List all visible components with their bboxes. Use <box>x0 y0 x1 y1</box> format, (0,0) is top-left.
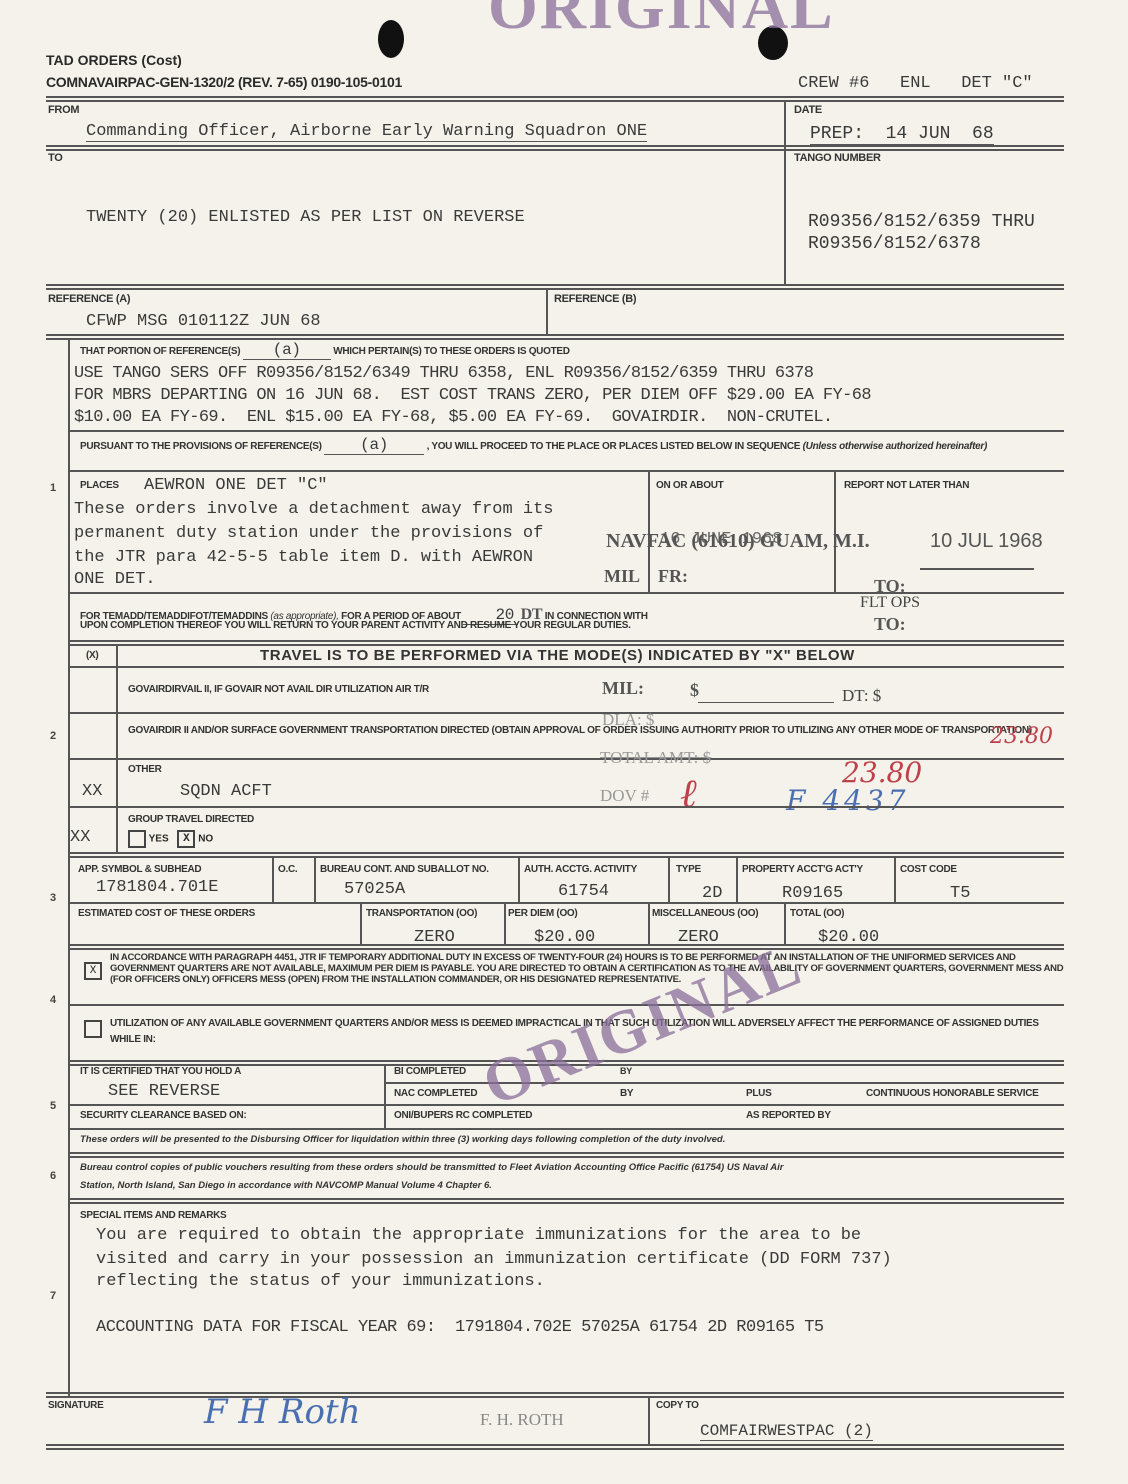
cost-header: TOTAL (oo) <box>790 908 844 919</box>
based-on-label: SECURITY CLEARANCE BASED ON: <box>80 1110 246 1121</box>
divider <box>46 1392 1064 1398</box>
places-line: the JTR para 42-5-5 table item D. with A… <box>74 548 533 567</box>
quarters-item1-checkbox[interactable]: X <box>84 962 102 980</box>
places-line: ONE DET. <box>74 570 156 589</box>
section-number: 1 <box>50 482 56 494</box>
section-number: 5 <box>50 1100 56 1112</box>
plus-label: PLUS <box>746 1088 771 1099</box>
dov-handwritten: F 4437 <box>786 784 910 817</box>
bi-label: BI COMPLETED <box>394 1066 466 1077</box>
by-label: BY <box>620 1088 633 1099</box>
divider <box>68 1004 1064 1006</box>
report-label: REPORT NOT LATER THAN <box>844 480 969 491</box>
original-stamp-top: ORIGINAL <box>488 0 835 44</box>
crew-note: CREW #6 ENL DET "C" <box>798 74 1033 93</box>
divider <box>68 666 1064 668</box>
est-cost-label: ESTIMATED COST OF THESE ORDERS <box>78 908 255 919</box>
quoted-line: USE TANGO SERS OFF R09356/8152/6349 THRU… <box>74 364 813 383</box>
acct-header: COST CODE <box>900 864 957 875</box>
acct-header: PROPERTY ACCT'G ACT'Y <box>742 864 863 875</box>
copy-to-value: COMFAIRWESTPAC (2) <box>700 1422 873 1441</box>
divider <box>68 712 1064 714</box>
section-number: 3 <box>50 892 56 904</box>
divider <box>384 1064 386 1128</box>
remarks-line: reflecting the status of your immunizati… <box>96 1272 545 1291</box>
divider <box>46 1444 1064 1450</box>
cost-header: PER DIEM (oo) <box>508 908 577 919</box>
stamp-fr: FR: <box>658 566 688 587</box>
date-label: DATE <box>794 104 822 116</box>
stamp-mil: MIL <box>604 566 640 587</box>
from-value: Commanding Officer, Airborne Early Warni… <box>86 122 647 142</box>
group-travel-yes-label: YES <box>149 834 169 845</box>
pursuant-note: (Unless otherwise authorized hereinafter… <box>803 441 987 452</box>
places-line: These orders involve a detachment away f… <box>74 500 553 519</box>
travel-other-label: OTHER <box>128 764 162 775</box>
divider <box>68 944 1064 950</box>
acct-header: APP. SYMBOL & SUBHEAD <box>78 864 201 875</box>
group-travel-label: GROUP TRAVEL DIRECTED <box>128 814 254 825</box>
divider <box>68 640 1064 646</box>
divider <box>518 858 520 902</box>
divider <box>70 902 1064 904</box>
acct-value: 57025A <box>344 880 405 899</box>
acct-header: O.C. <box>278 864 297 875</box>
group-travel-no-checkbox[interactable]: X <box>177 830 195 848</box>
stamp-dov: DOV # <box>600 786 649 806</box>
divider <box>648 1396 650 1444</box>
divider <box>68 1128 1064 1130</box>
acct-value: T5 <box>950 884 970 903</box>
acct-value: R09165 <box>782 884 843 903</box>
quoted-label-post: WHICH PERTAIN(S) TO THESE ORDERS IS QUOT… <box>333 346 570 357</box>
as-reported-label: AS REPORTED BY <box>746 1110 831 1121</box>
pursuant-label: PURSUANT TO THE PROVISIONS OF REFERENCE(… <box>80 436 1050 454</box>
divider <box>68 1152 1064 1158</box>
period-line2: UPON COMPLETION THEREOF YOU WILL RETURN … <box>80 620 631 631</box>
cost-header: TRANSPORTATION (oo) <box>366 908 477 919</box>
copy-to-label: COPY TO <box>656 1400 699 1411</box>
divider <box>68 806 1064 808</box>
date-value: PREP: 14 JUN 68 <box>810 124 994 145</box>
acct-header: TYPE <box>676 864 701 875</box>
reference-a-value: CFWP MSG 010112Z JUN 68 <box>86 312 321 331</box>
certified-value: SEE REVERSE <box>108 1082 220 1101</box>
remarks-line: You are required to obtain the appropria… <box>96 1226 861 1245</box>
pursuant-label-pre: PURSUANT TO THE PROVISIONS OF REFERENCE(… <box>80 441 322 452</box>
from-label: FROM <box>48 104 79 116</box>
stamp-line <box>920 568 1034 570</box>
quoted-label: THAT PORTION OF REFERENCE(S) (a) WHICH P… <box>80 341 570 359</box>
divider <box>784 100 786 284</box>
places-label: PLACES <box>80 480 119 491</box>
stamp-to: TO: <box>874 614 906 635</box>
section-number: 4 <box>50 994 56 1006</box>
stamp-mil-amount: MIL: <box>602 678 644 699</box>
location-stamp: NAVFAC (61610) GUAM, M.I. <box>606 530 870 553</box>
travel-row-text: GOVAIRDIRVAIL II, IF GOVAIR NOT AVAIL DI… <box>128 684 429 695</box>
divider <box>648 902 650 944</box>
reference-b-label: REFERENCE (b) <box>554 293 636 305</box>
form-number: COMNAVAIRPAC-GEN-1320/2 (REV. 7-65) 0190… <box>46 74 402 90</box>
travel-x-header: (X) <box>86 650 98 661</box>
accounting-table: APP. SYMBOL & SUBHEAD O.C. BUREAU CONT. … <box>70 858 1064 944</box>
section-number: 6 <box>50 1170 56 1182</box>
tango-line1: R09356/8152/6359 THRU <box>808 212 1035 232</box>
on-or-about-label: ON OR ABOUT <box>656 480 723 491</box>
cost-header: MISCELLANEOUS (oo) <box>652 908 758 919</box>
signature-handwritten: F H Roth <box>204 1392 361 1432</box>
remarks-line: visited and carry in your possession an … <box>96 1250 892 1269</box>
stamp-line <box>698 702 834 703</box>
quoted-line: FOR MBRS DEPARTING ON 16 JUN 68. EST COS… <box>74 386 871 405</box>
per-diem-handwritten: 23.80 <box>990 724 1053 749</box>
divider <box>546 290 548 334</box>
stamp-dla: DLA: $ <box>602 710 654 730</box>
tango-label: TANGO NUMBER <box>794 152 881 164</box>
group-travel-yes-checkbox[interactable] <box>128 830 146 848</box>
acct-value: 2D <box>702 884 722 903</box>
divider <box>46 96 1064 102</box>
section-number: 2 <box>50 730 56 742</box>
continuous-label: CONTINUOUS HONORABLE SERVICE <box>866 1088 1039 1099</box>
travel-mark: XX <box>70 828 90 847</box>
to-value: TWENTY (20) ENLISTED AS PER LIST ON REVE… <box>86 208 525 227</box>
stamp-total: TOTAL AMT: $ <box>600 748 711 768</box>
places-line: permanent duty station under the provisi… <box>74 524 543 543</box>
liquidation-note: These orders will be presented to the Di… <box>80 1134 725 1145</box>
divider <box>668 858 670 902</box>
tango-line2: R09356/8152/6378 <box>808 234 981 254</box>
punch-hole-left <box>378 20 404 58</box>
reference-a-label: REFERENCE (a) <box>48 293 130 305</box>
form-title: TAD ORDERS (Cost) <box>46 52 182 68</box>
divider <box>314 858 316 902</box>
acct-header: AUTH. ACCTG. ACTIVITY <box>524 864 637 875</box>
divider <box>360 902 362 944</box>
group-travel-no-label: NO <box>198 834 213 845</box>
acct-header: BUREAU CONT. AND SUBALLOT NO. <box>320 864 489 875</box>
acct-value: 61754 <box>558 882 609 901</box>
divider <box>894 858 896 902</box>
bureau-line: Station, North Island, San Diego in acco… <box>80 1180 492 1191</box>
divider <box>46 284 1064 290</box>
stamp-dollar: $ <box>690 680 699 701</box>
quoted-ref: (a) <box>243 341 331 360</box>
section-number: 7 <box>50 1290 56 1302</box>
pursuant-label-post: , YOU WILL PROCEED TO THE PLACE OR PLACE… <box>427 441 801 452</box>
signature-typed-name: F. H. ROTH <box>480 1410 564 1430</box>
quarters-item1-text: IN ACCORDANCE WITH PARAGRAPH 4451, JTR I… <box>110 952 1066 985</box>
stamp-dt-amount: DT: $ <box>842 686 881 706</box>
nac-label: NAC COMPLETED <box>394 1088 477 1099</box>
travel-header: TRAVEL IS TO BE PERFORMED VIA THE MODE(S… <box>260 647 855 664</box>
divider <box>68 470 1064 472</box>
remarks-label: SPECIAL ITEMS AND REMARKS <box>80 1210 226 1221</box>
certified-label: IT IS CERTIFIED THAT YOU HOLD A <box>80 1066 241 1077</box>
dov-mark-handwritten: ℓ <box>680 770 697 817</box>
accounting-data-line: ACCOUNTING DATA FOR FISCAL YEAR 69: 1791… <box>96 1318 824 1337</box>
travel-other-value: SQDN ACFT <box>180 782 272 801</box>
quoted-label-pre: THAT PORTION OF REFERENCE(S) <box>80 346 240 357</box>
acct-value: 1781804.701E <box>96 878 218 897</box>
quoted-line: $10.00 EA FY-69. ENL $15.00 EA FY-68, $5… <box>74 408 833 427</box>
divider <box>116 644 118 852</box>
divider <box>68 1198 1064 1204</box>
quarters-item2-checkbox[interactable] <box>84 1020 102 1038</box>
divider <box>272 858 274 902</box>
travel-mark: XX <box>82 782 102 801</box>
to-label: TO <box>48 152 62 164</box>
travel-row-text: GOVAIRDIR II AND/OR SURFACE GOVERNMENT T… <box>128 724 1064 737</box>
group-travel-options: YES X NO <box>128 830 213 848</box>
report-value: 10 JUL 1968 <box>930 530 1043 553</box>
places-title: AEWRON ONE DET "C" <box>144 476 328 495</box>
divider <box>736 858 738 902</box>
divider <box>68 1104 1064 1106</box>
pursuant-ref: (a) <box>324 436 424 455</box>
flt-ops-text: FLT OPS <box>860 594 920 612</box>
bureau-line: Bureau control copies of public vouchers… <box>80 1162 784 1173</box>
divider <box>68 430 1064 432</box>
divider <box>46 334 1064 340</box>
divider <box>504 902 506 944</box>
signature-label: SIGNATURE <box>48 1400 103 1411</box>
divider <box>46 145 1064 151</box>
